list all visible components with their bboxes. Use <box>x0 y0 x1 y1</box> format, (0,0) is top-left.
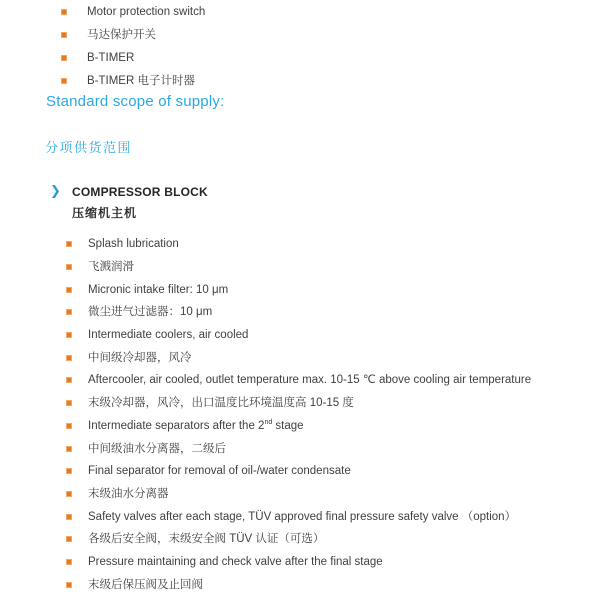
bullet-square-icon <box>67 447 71 451</box>
bullet-square-icon <box>67 288 71 292</box>
list-item-text: Final separator for removal of oil-/wate… <box>88 464 351 478</box>
bullet-square-icon <box>62 10 66 14</box>
list-item: 微尘进气过滤器：10 μm <box>67 301 600 324</box>
section-title-zh: 压缩机主机 <box>72 206 600 220</box>
list-item-text: Aftercooler, air cooled, outlet temperat… <box>88 373 531 387</box>
bullet-square-icon <box>67 560 71 564</box>
compressor-bullet-list: Splash lubrication 飞溅润滑 Micronic intake … <box>67 233 600 596</box>
list-item-text: 末级后保压阀及止回阀 <box>88 578 203 592</box>
list-item: Splash lubrication <box>67 233 600 256</box>
list-item-text: Splash lubrication <box>88 237 179 251</box>
bullet-square-icon <box>67 333 71 337</box>
list-item: 末级油水分离器 <box>67 483 600 506</box>
list-item: Intermediate coolers, air cooled <box>67 324 600 347</box>
list-item: 末级冷却器，风冷，出口温度比环境温度高 10-15 度 <box>67 392 600 415</box>
list-item: 中间级冷却器，风冷 <box>67 346 600 369</box>
list-item-text: 微尘进气过滤器：10 μm <box>88 305 212 319</box>
bullet-square-icon <box>62 56 66 60</box>
scope-heading-en: Standard scope of supply: <box>46 92 600 112</box>
scope-heading-zh: 分项供货范围 <box>45 140 600 156</box>
bullet-square-icon <box>67 265 71 269</box>
list-item-text: Micronic intake filter: 10 μm <box>88 283 228 297</box>
bullet-square-icon <box>67 356 71 360</box>
bullet-square-icon <box>67 424 71 428</box>
section-header: ❯ COMPRESSOR BLOCK 压缩机主机 <box>0 185 600 220</box>
list-item: B-TIMER <box>62 46 600 69</box>
list-item-text: 各级后安全阀，末级安全阀 TÜV 认证（可选） <box>88 532 324 546</box>
section-title-en: COMPRESSOR BLOCK <box>72 185 600 199</box>
list-item: 中间级油水分离器，二级后 <box>67 437 600 460</box>
bullet-square-icon <box>67 310 71 314</box>
list-item-text: Intermediate coolers, air cooled <box>88 328 248 342</box>
list-item-text: 中间级冷却器，风冷 <box>88 351 192 365</box>
list-item: Micronic intake filter: 10 μm <box>67 278 600 301</box>
list-item: 飞溅润滑 <box>67 256 600 279</box>
bullet-square-icon <box>67 242 71 246</box>
list-item: B-TIMER 电子计时器 <box>62 69 600 92</box>
bullet-square-icon <box>67 515 71 519</box>
chevron-right-icon: ❯ <box>50 184 61 198</box>
bullet-square-icon <box>67 401 71 405</box>
list-item-text-post: stage <box>272 420 303 432</box>
list-item: 各级后安全阀，末级安全阀 TÜV 认证（可选） <box>67 528 600 551</box>
list-item-text: Intermediate separators after the 2nd st… <box>88 419 304 433</box>
list-item-text: 飞溅润滑 <box>88 260 134 274</box>
document-page: Motor protection switch 马达保护开关 B-TIMER B… <box>0 0 600 600</box>
list-item: Motor protection switch <box>62 0 600 23</box>
list-item-text: Pressure maintaining and check valve aft… <box>88 555 383 569</box>
list-item: 末级后保压阀及止回阀 <box>67 573 600 596</box>
bullet-square-icon <box>67 583 71 587</box>
list-item-text: B-TIMER <box>87 51 134 65</box>
list-item: Pressure maintaining and check valve aft… <box>67 551 600 574</box>
intro-bullet-list: Motor protection switch 马达保护开关 B-TIMER B… <box>62 0 600 92</box>
list-item-text: B-TIMER 电子计时器 <box>87 74 195 88</box>
bullet-square-icon <box>67 492 71 496</box>
bullet-square-icon <box>62 79 66 83</box>
bullet-square-icon <box>67 378 71 382</box>
list-item: Final separator for removal of oil-/wate… <box>67 460 600 483</box>
list-item: Intermediate separators after the 2nd st… <box>67 415 600 438</box>
list-item-text: 末级冷却器，风冷，出口温度比环境温度高 10-15 度 <box>88 396 354 410</box>
bullet-square-icon <box>67 537 71 541</box>
section-titles: COMPRESSOR BLOCK 压缩机主机 <box>72 185 600 220</box>
bullet-square-icon <box>67 469 71 473</box>
list-item: Safety valves after each stage, TÜV appr… <box>67 505 600 528</box>
list-item-text: Motor protection switch <box>87 5 205 19</box>
list-item: 马达保护开关 <box>62 23 600 46</box>
list-item-text: 中间级油水分离器，二级后 <box>88 442 226 456</box>
list-item-text-pre: Intermediate separators after the 2 <box>88 420 264 432</box>
list-item: Aftercooler, air cooled, outlet temperat… <box>67 369 600 392</box>
list-item-text: 末级油水分离器 <box>88 487 169 501</box>
list-item-text: 马达保护开关 <box>87 28 156 42</box>
bullet-square-icon <box>62 33 66 37</box>
list-item-text: Safety valves after each stage, TÜV appr… <box>88 510 516 524</box>
